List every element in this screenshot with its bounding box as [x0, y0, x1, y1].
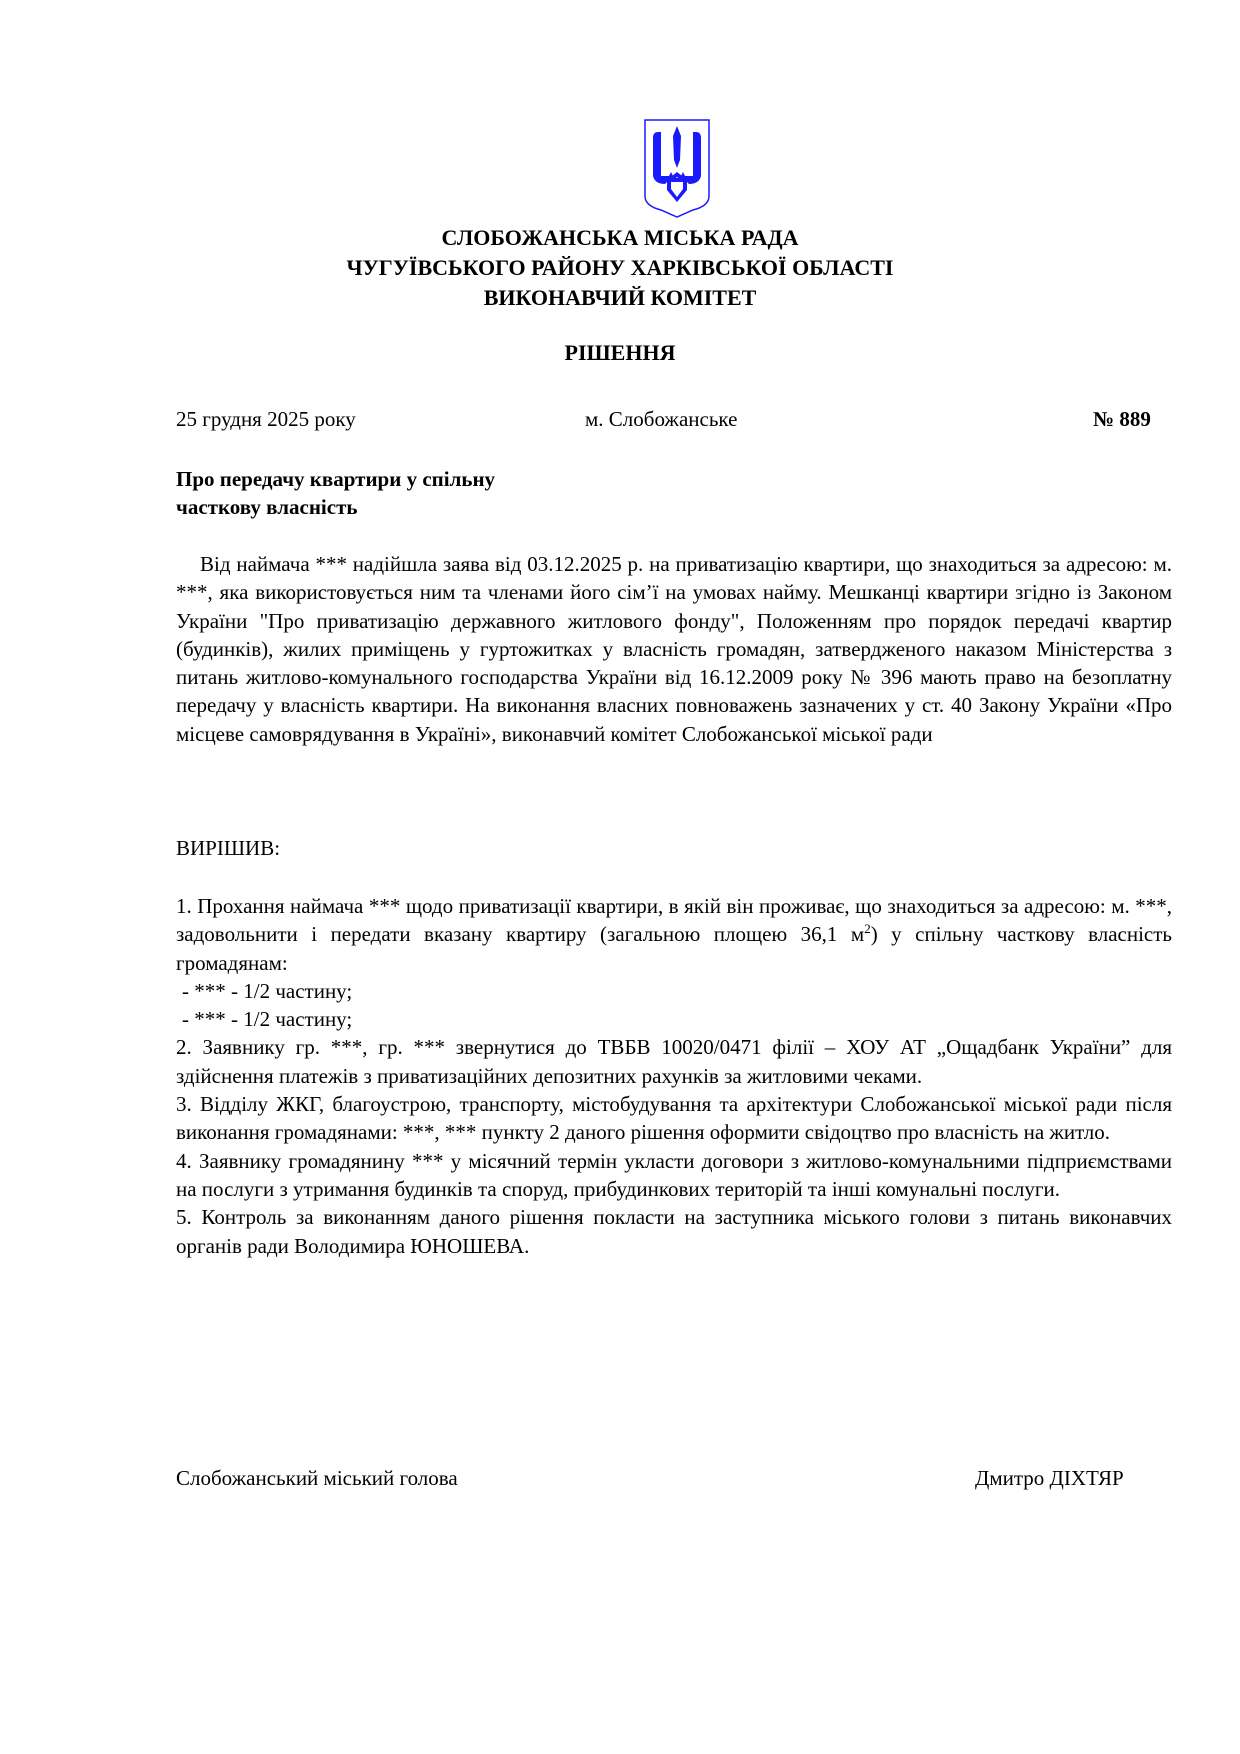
- district-name: ЧУГУЇВСЬКОГО РАЙОНУ ХАРКІВСЬКОЇ ОБЛАСТІ: [0, 253, 1240, 283]
- signatory-position: Слобожанський міський голова: [176, 1466, 458, 1491]
- share-line-1: - *** - 1/2 частину;: [176, 977, 1172, 1005]
- decision-item-4: 4. Заявнику громадянину *** у місячний т…: [176, 1147, 1172, 1204]
- decision-subject: Про передачу квартири у спільну часткову…: [176, 465, 495, 521]
- preamble-paragraph: Від наймача *** надійшла заява від 03.12…: [176, 550, 1172, 748]
- document-type: РІШЕННЯ: [0, 340, 1240, 366]
- decision-item-3: 3. Відділу ЖКГ, благоустрою, транспорту,…: [176, 1090, 1172, 1147]
- signatory-name: Дмитро ДІХТЯР: [975, 1466, 1124, 1491]
- decision-date: 25 грудня 2025 року: [176, 407, 356, 432]
- tryzub-coat-of-arms-icon: [643, 118, 711, 218]
- subject-line-1: Про передачу квартири у спільну: [176, 465, 495, 493]
- subject-line-2: часткову власність: [176, 493, 495, 521]
- decision-number: № 889: [1093, 407, 1151, 432]
- committee-name: ВИКОНАВЧИЙ КОМІТЕТ: [0, 283, 1240, 313]
- decision-items: 1. Прохання наймача *** щодо приватизаці…: [176, 892, 1172, 1260]
- decision-item-5: 5. Контроль за виконанням даного рішення…: [176, 1203, 1172, 1260]
- share-line-2: - *** - 1/2 частину;: [176, 1005, 1172, 1033]
- decision-item-2: 2. Заявнику гр. ***, гр. *** звернутися …: [176, 1033, 1172, 1090]
- decision-item-1: 1. Прохання наймача *** щодо приватизаці…: [176, 892, 1172, 977]
- decision-city: м. Слобожанське: [585, 407, 737, 432]
- decided-label: ВИРІШИВ:: [176, 836, 280, 861]
- council-name: СЛОБОЖАНСЬКА МІСЬКА РАДА: [0, 223, 1240, 253]
- document-page: СЛОБОЖАНСЬКА МІСЬКА РАДА ЧУГУЇВСЬКОГО РА…: [0, 0, 1240, 1754]
